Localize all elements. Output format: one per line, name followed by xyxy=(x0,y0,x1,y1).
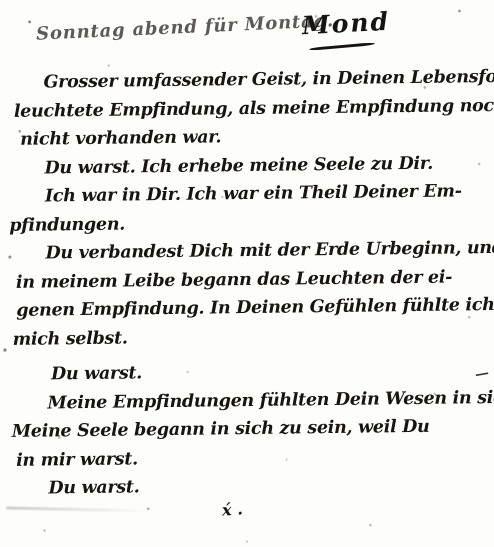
handwritten-line: mich selbst. xyxy=(6,320,492,354)
handwritten-line: Du warst. xyxy=(8,469,494,503)
title-underline-stroke xyxy=(309,42,375,51)
footer-pen-mark: x́ . xyxy=(221,499,243,519)
ink-smudge xyxy=(6,506,154,512)
handwritten-line: Ich war in Dir. Ich war ein Theil Deiner… xyxy=(5,177,491,211)
margin-dash-mark: — xyxy=(474,365,491,383)
handwritten-line: Meine Seele begann in sich zu sein, weil… xyxy=(8,412,494,446)
manuscript-page: Sonntag abend für Montag. Mond Grosser u… xyxy=(0,0,494,547)
handwritten-line: leuchtete Empfindung, als meine Empfindu… xyxy=(4,92,490,126)
manuscript-body: Grosser umfassender Geist, in Deinen Leb… xyxy=(3,63,494,503)
handwritten-line: genen Empfindung. In Deinen Gefühlen füh… xyxy=(6,291,492,325)
header-title-mond: Mond xyxy=(301,7,390,41)
header-dateline: Sonntag abend für Montag. xyxy=(36,10,335,45)
